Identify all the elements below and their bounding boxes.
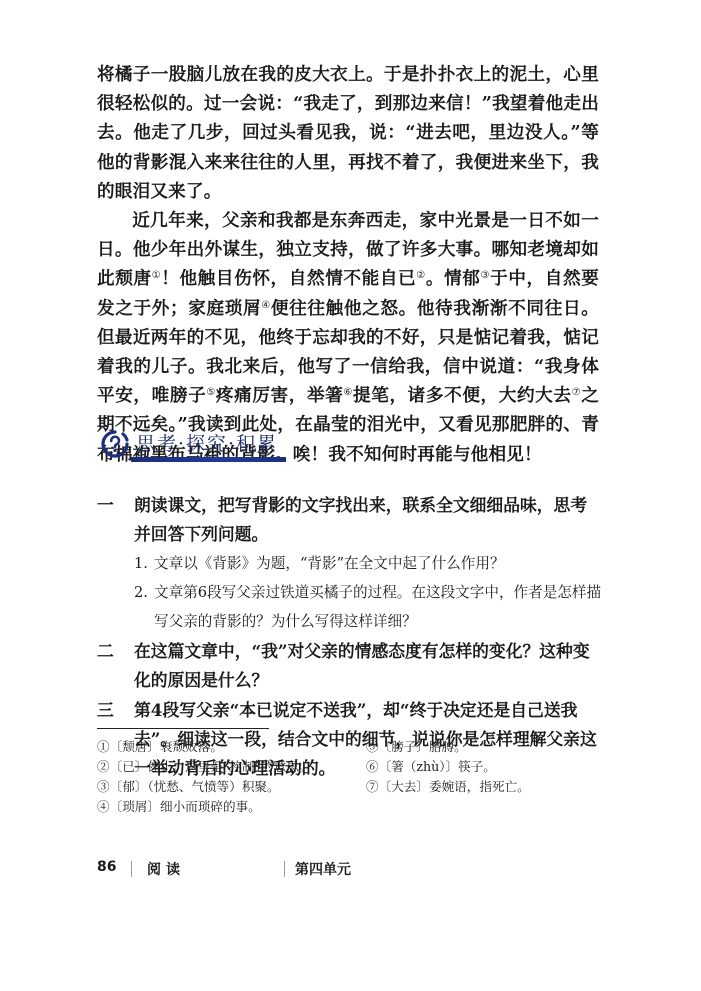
footnote-item: ③〔郁〕（忧愁、气愤等）积聚。	[97, 777, 357, 797]
essay-paragraph: 将橘子一股脑儿放在我的皮大衣上。于是扑扑衣上的泥土，心里很轻松似的。过一会说：“…	[97, 60, 599, 206]
footnote-mark: ①	[152, 270, 162, 281]
question-text: 朗读课文，把写背影的文字找出来，联系全文细细品味，思考并回答下列问题。	[134, 491, 602, 549]
footnote-mark: ⑦	[572, 387, 582, 398]
essay-text-segment: 提笔，诸多不便，大约大去	[353, 385, 572, 406]
section-header: 思考·探究·积累	[100, 427, 300, 467]
question-text: 在这篇文章中，“我”对父亲的情感态度有怎样的变化？这种变化的原因是什么？	[134, 637, 602, 695]
footnote-mark: ⑥	[343, 387, 353, 398]
footnote-item: ⑥〔箸（zhù）〕筷子。	[366, 757, 626, 777]
footer-separator	[284, 861, 285, 877]
footer-separator	[131, 861, 132, 877]
question-circle-icon	[100, 429, 130, 459]
question-number: 二	[97, 637, 114, 666]
footnotes-right-column: ⑤〔膀子〕胳膊。 ⑥〔箸（zhù）〕筷子。 ⑦〔大去〕委婉语，指死亡。	[366, 737, 626, 797]
sub-question-number: 2.	[134, 578, 148, 607]
book-section-label: 阅读	[147, 859, 185, 879]
essay-text-segment: ！他触目伤怀，自然情不能自已	[161, 268, 416, 289]
sub-question-text: 文章以《背影》为题，“背影”在全文中起了什么作用？	[154, 549, 602, 578]
footnote-mark: ②	[416, 270, 426, 281]
footnotes-left-column: ①〔颓唐〕衰颓败落。 ②〔已〕停止。这里是“控制”的意思。 ③〔郁〕（忧愁、气愤…	[97, 737, 357, 817]
footnote-divider	[97, 728, 269, 729]
essay-body: 将橘子一股脑儿放在我的皮大衣上。于是扑扑衣上的泥土，心里很轻松似的。过一会说：“…	[97, 60, 599, 469]
sub-question: 1. 文章以《背影》为题，“背影”在全文中起了什么作用？	[134, 549, 602, 578]
footnote-mark: ③	[481, 270, 491, 281]
section-underline-bar	[131, 457, 286, 462]
essay-text-segment: 疼痛厉害，举箸	[216, 385, 344, 406]
sub-question: 2. 文章第6段写父亲过铁道买橘子的过程。在这段文字中，作者是怎样描写父亲的背影…	[134, 578, 602, 636]
footnote-item: ①〔颓唐〕衰颓败落。	[97, 737, 357, 757]
footnote-item: ④〔琐屑〕细小而琐碎的事。	[97, 797, 357, 817]
section-title: 思考·探究·积累	[136, 429, 278, 456]
unit-label: 第四单元	[295, 859, 351, 879]
page-footer: 86 阅读 第四单元	[97, 859, 497, 879]
question-item: 一 朗读课文，把写背影的文字找出来，联系全文细细品味，思考并回答下列问题。 1.…	[97, 491, 602, 636]
footnote-mark: ⑤	[206, 387, 216, 398]
footnote-item: ⑦〔大去〕委婉语，指死亡。	[366, 777, 626, 797]
footnote-item: ②〔已〕停止。这里是“控制”的意思。	[97, 757, 357, 777]
textbook-page: 将橘子一股脑儿放在我的皮大衣上。于是扑扑衣上的泥土，心里很轻松似的。过一会说：“…	[0, 0, 701, 991]
footnote-mark: ④	[261, 300, 271, 311]
footnote-item: ⑤〔膀子〕胳膊。	[366, 737, 626, 757]
essay-text-segment: 。情郁	[426, 268, 481, 289]
sub-question-number: 1.	[134, 549, 148, 578]
sub-question-text: 文章第6段写父亲过铁道买橘子的过程。在这段文字中，作者是怎样描写父亲的背影的？为…	[154, 578, 602, 636]
question-item: 二 在这篇文章中，“我”对父亲的情感态度有怎样的变化？这种变化的原因是什么？	[97, 637, 602, 695]
question-number: 三	[97, 696, 114, 725]
page-number: 86	[97, 859, 116, 875]
question-number: 一	[97, 491, 114, 520]
